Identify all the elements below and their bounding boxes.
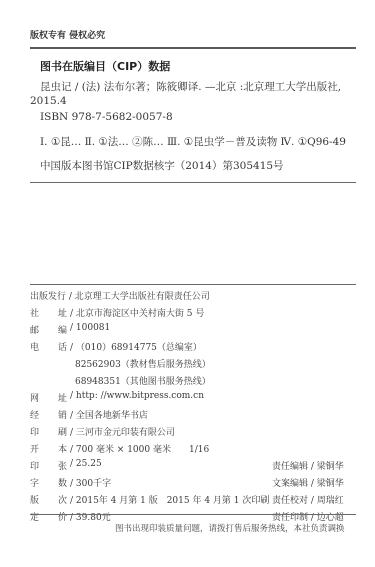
pub-value: / 全国各地新华书店	[70, 408, 148, 421]
pub-value: / 700 毫米 × 1000 毫米 1/16	[70, 442, 209, 455]
pub-value: / （010）68914775（总编室）	[70, 340, 202, 353]
pub-label-b: 本	[58, 442, 67, 455]
pub-row-phone-2: 82562903（教材售后服务热线）	[75, 357, 211, 370]
pub-row-edition: 版 次 / 2015年 4 月第 1 版 2015 年 4 月第 1 次印刷 责…	[0, 493, 375, 507]
pub-row-printer: 印 刷 / 三河市金元印装有限公司	[0, 425, 375, 439]
staff-proofreader: 责任校对 / 周瑞红	[272, 493, 344, 506]
pub-label-a: 经	[30, 408, 39, 421]
pub-row-wordcount: 字 数 / 300千字 文案编辑 / 梁铜华	[0, 476, 375, 490]
pub-value: / 300千字	[70, 476, 111, 489]
pub-label-b: 数	[58, 476, 67, 489]
quality-notice: 图书出现印装质量问题，请拨打售后服务热线，本社负责调换	[115, 522, 345, 534]
pub-label-b: 址	[58, 391, 67, 404]
pub-label-a: 社	[30, 306, 39, 319]
divider-cip-end	[30, 182, 356, 183]
pub-value: / 25.25	[70, 459, 102, 469]
pub-label-b: 编	[58, 323, 67, 336]
cip-line-1: 昆虫记 / (法) 法布尔著；陈筱卿译. —北京 :北京理工大学出版社,	[40, 79, 341, 94]
pub-label-b: 价	[58, 510, 67, 523]
pub-label-a: 网	[30, 391, 39, 404]
pub-row-format: 开 本 / 700 毫米 × 1000 毫米 1/16	[0, 442, 375, 456]
pub-label-b: 张	[58, 459, 67, 472]
pub-label-a: 字	[30, 476, 39, 489]
cip-line-2: 2015.4	[30, 95, 67, 107]
pub-label-b: 次	[58, 493, 67, 506]
pub-label-b: 销	[58, 408, 67, 421]
copyright-notice: 版权专有 侵权必究	[30, 28, 105, 41]
pub-row-distributor: 经 销 / 全国各地新华书店	[0, 408, 375, 422]
pub-label-a: 定	[30, 510, 39, 523]
staff-editor: 责任编辑 / 梁铜华	[272, 459, 344, 472]
pub-row-sheets: 印 张 / 25.25 责任编辑 / 梁铜华	[0, 459, 375, 473]
cip-number: 中国版本图书馆CIP数据核字（2014）第305415号	[40, 158, 284, 173]
cip-classification: Ⅰ. ①昆… Ⅱ. ①法… ②陈… Ⅲ. ①昆虫学－普及读物 Ⅳ. ①Q96-4…	[40, 134, 346, 149]
pub-row-website: 网 址 / http: //www.bitpress.com.cn	[0, 391, 375, 405]
pub-label-a: 版	[30, 493, 39, 506]
pub-value: / 39.80元	[70, 510, 111, 523]
pub-label-b: 话	[58, 340, 67, 353]
staff-copy-editor: 文案编辑 / 梁铜华	[272, 476, 344, 489]
pub-label-b: 刷	[58, 425, 67, 438]
pub-label-b: 址	[58, 306, 67, 319]
pub-row-phone: 电 话 / （010）68914775（总编室）	[0, 340, 375, 354]
pub-value: 北京理工大学出版社有限责任公司	[75, 292, 210, 302]
pub-value: / 100081	[70, 323, 110, 333]
separator: /	[66, 292, 75, 302]
pub-value: / 三河市金元印装有限公司	[70, 425, 175, 438]
pub-label-a: 开	[30, 442, 39, 455]
cip-isbn: ISBN 978-7-5682-0057-8	[40, 111, 173, 123]
divider-top	[30, 47, 356, 49]
pub-row-postcode: 邮 编 / 100081	[0, 323, 375, 337]
divider-bottom	[30, 514, 356, 515]
pub-label-a: 印	[30, 459, 39, 472]
pub-value: / 2015年 4 月第 1 版 2015 年 4 月第 1 次印刷	[70, 493, 269, 506]
pub-row-publisher: 出版发行 / 北京理工大学出版社有限责任公司	[30, 289, 210, 302]
cip-title: 图书在版编目（CIP）数据	[40, 58, 170, 74]
pub-value: / http: //www.bitpress.com.cn	[70, 391, 204, 401]
pub-row-phone-3: 68948351（其他图书服务热线）	[75, 374, 211, 387]
divider-publication-start	[30, 284, 356, 285]
pub-row-address: 社 址 / 北京市海淀区中关村南大街 5 号	[0, 306, 375, 320]
pub-label-a: 印	[30, 425, 39, 438]
pub-label-a: 邮	[30, 323, 39, 336]
pub-value: / 北京市海淀区中关村南大街 5 号	[70, 306, 204, 319]
pub-label: 出版发行	[30, 292, 66, 302]
pub-label-a: 电	[30, 340, 39, 353]
